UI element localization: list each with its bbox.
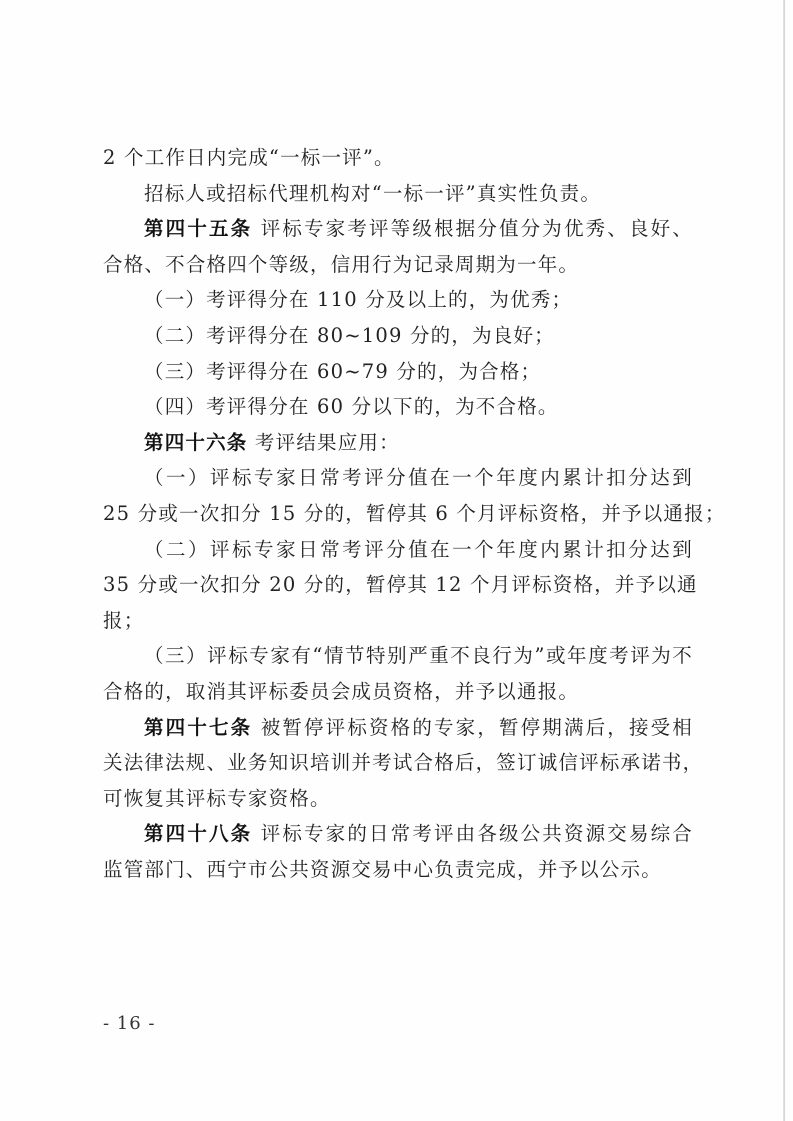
line-text: 2 个工作日内完成“一标一评”。 [103,146,395,169]
list-item: （二）考评得分在 80~109 分的，为良好； [103,318,693,354]
list-item: （一）考评得分在 110 分及以上的，为优秀； [103,282,693,318]
paragraph-line: 35 分或一次扣分 20 分的，暂停其 12 个月评标资格，并予以通 [103,567,693,603]
line-text: 35 分或一次扣分 20 分的，暂停其 12 个月评标资格，并予以通 [103,573,698,596]
line-text: （二）考评得分在 80~109 分的，为良好； [144,324,555,347]
line-text: 报； [103,609,144,632]
paragraph-line: 关法律法规、业务知识培训并考试合格后，签订诚信评标承诺书， [103,745,693,781]
article-45-line: 第四十五条 评标专家考评等级根据分值分为优秀、良好、 [103,211,693,247]
line-text: （四）考评得分在 60 分以下的，为不合格。 [144,395,559,418]
line-text: 可恢复其评标专家资格。 [103,787,331,810]
article-48-line: 第四十八条 评标专家的日常考评由各级公共资源交易综合 [103,816,693,852]
line-text: 被暂停评标资格的专家，暂停期满后，接受相 [252,716,693,739]
line-text: 招标人或招标代理机构对“一标一评”真实性负责。 [144,182,601,205]
list-item: （三）评标专家有“情节特别严重不良行为”或年度考评为不 [103,638,693,674]
line-text: 25 分或一次扣分 15 分的，暂停其 6 个月评标资格，并予以通报； [103,502,726,525]
line-text: （三）评标专家有“情节特别严重不良行为”或年度考评为不 [144,644,693,667]
line-text: （二）评标专家日常考评分值在一个年度内累计扣分达到 [144,538,693,561]
line-text: （一）评标专家日常考评分值在一个年度内累计扣分达到 [144,466,693,489]
line-text: （三）考评得分在 60~79 分的，为合格； [144,360,541,383]
list-item: （三）考评得分在 60~79 分的，为合格； [103,354,693,390]
line-text: 评标专家考评等级根据分值分为优秀、良好、 [252,217,693,240]
line-text: 评标专家的日常考评由各级公共资源交易综合 [252,822,693,845]
paragraph-line: 25 分或一次扣分 15 分的，暂停其 6 个月评标资格，并予以通报； [103,496,693,532]
list-item: （一）评标专家日常考评分值在一个年度内累计扣分达到 [103,460,693,496]
paragraph-line: 合格的，取消其评标委员会成员资格，并予以通报。 [103,674,693,710]
line-text: 考评结果应用： [248,431,400,454]
list-item: （四）考评得分在 60 分以下的，为不合格。 [103,389,693,425]
paragraph-line: 监管部门、西宁市公共资源交易中心负责完成，并予以公示。 [103,852,693,888]
article-heading: 第四十六条 [144,431,248,454]
paragraph-line: 合格、不合格四个等级，信用行为记录周期为一年。 [103,247,693,283]
article-heading: 第四十五条 [144,217,252,240]
article-heading: 第四十七条 [144,716,252,739]
list-item: （二）评标专家日常考评分值在一个年度内累计扣分达到 [103,532,693,568]
paragraph-line: 报； [103,603,693,639]
page-number: - 16 - [103,1013,156,1034]
line-text: 关法律法规、业务知识培训并考试合格后，签订诚信评标承诺书， [103,751,703,774]
paragraph-line: 招标人或招标代理机构对“一标一评”真实性负责。 [103,176,693,212]
line-text: 监管部门、西宁市公共资源交易中心负责完成，并予以公示。 [103,858,662,881]
scan-edge-line [783,0,785,1121]
paragraph-line: 2 个工作日内完成“一标一评”。 [103,140,693,176]
document-page: 2 个工作日内完成“一标一评”。 招标人或招标代理机构对“一标一评”真实性负责。… [0,0,793,1121]
line-text: （一）考评得分在 110 分及以上的，为优秀； [144,288,572,311]
article-47-line: 第四十七条 被暂停评标资格的专家，暂停期满后，接受相 [103,710,693,746]
paragraph-line: 可恢复其评标专家资格。 [103,781,693,817]
article-heading: 第四十八条 [144,822,252,845]
line-text: 合格、不合格四个等级，信用行为记录周期为一年。 [103,253,579,276]
line-text: 合格的，取消其评标委员会成员资格，并予以通报。 [103,680,579,703]
article-46-line: 第四十六条 考评结果应用： [103,425,693,461]
document-body: 2 个工作日内完成“一标一评”。 招标人或招标代理机构对“一标一评”真实性负责。… [103,140,693,887]
